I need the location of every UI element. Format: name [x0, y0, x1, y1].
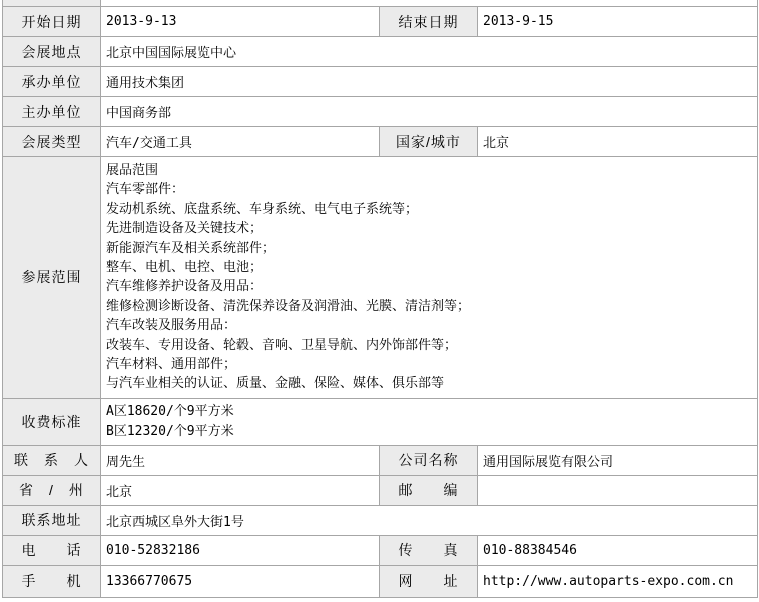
- province-value: 北京: [101, 475, 380, 505]
- scope-line: 改装车、专用设备、轮毂、音响、卫星导航、内外饰部件等；: [106, 336, 753, 355]
- organizer-label: 承办单位: [3, 67, 101, 97]
- exhibition-detail-page: 开始日期 2013-9-13 结束日期 2013-9-15 会展地点 北京中国国…: [0, 0, 759, 602]
- fax-value: 010-88384546: [478, 535, 758, 565]
- table-row-fees: 收费标准 A区18620/个9平方米 B区12320/个9平方米: [3, 398, 758, 445]
- phone-value: 010-52832186: [101, 535, 380, 565]
- end-date-value: 2013-9-15: [478, 7, 758, 37]
- fees-value: A区18620/个9平方米 B区12320/个9平方米: [101, 398, 758, 445]
- table-row-phone: 电 话 010-52832186 传 真 010-88384546: [3, 535, 758, 565]
- company-name-label: 公司名称: [380, 445, 478, 475]
- zip-code-label: 邮 编: [380, 475, 478, 505]
- scope-line: 汽车材料、通用部件；: [106, 355, 753, 374]
- address-label: 联系地址: [3, 505, 101, 535]
- zip-code-value: [478, 475, 758, 505]
- fees-label: 收费标准: [3, 398, 101, 445]
- table-row-host: 主办单位 中国商务部: [3, 97, 758, 127]
- venue-value: 北京中国国际展览中心: [101, 37, 758, 67]
- table-row-address: 联系地址 北京西城区阜外大街1号: [3, 505, 758, 535]
- table-row-dates: 开始日期 2013-9-13 结束日期 2013-9-15: [3, 7, 758, 37]
- country-city-value: 北京: [478, 127, 758, 157]
- table-row-type: 会展类型 汽车/交通工具 国家/城市 北京: [3, 127, 758, 157]
- contact-person-label: 联 系 人: [3, 445, 101, 475]
- exhibition-info-table: 开始日期 2013-9-13 结束日期 2013-9-15 会展地点 北京中国国…: [2, 0, 758, 598]
- website-url: http://www.autoparts-expo.com.cn: [478, 565, 758, 597]
- scope-line: 先进制造设备及关键技术；: [106, 219, 753, 238]
- mobile-value: 13366770675: [101, 565, 380, 597]
- start-date-label: 开始日期: [3, 7, 101, 37]
- contact-person-value: 周先生: [101, 445, 380, 475]
- organizer-value: 通用技术集团: [101, 67, 758, 97]
- venue-label: 会展地点: [3, 37, 101, 67]
- province-label: 省 / 州: [3, 475, 101, 505]
- host-value: 中国商务部: [101, 97, 758, 127]
- address-value: 北京西城区阜外大街1号: [101, 505, 758, 535]
- end-date-label: 结束日期: [380, 7, 478, 37]
- scope-line: 发动机系统、底盘系统、车身系统、电气电子系统等；: [106, 200, 753, 219]
- fee-line: B区12320/个9平方米: [106, 422, 753, 442]
- start-date-value: 2013-9-13: [101, 7, 380, 37]
- phone-label: 电 话: [3, 535, 101, 565]
- scope-value: 展品范围 汽车零部件： 发动机系统、底盘系统、车身系统、电气电子系统等； 先进制…: [101, 157, 758, 399]
- table-row-venue: 会展地点 北京中国国际展览中心: [3, 37, 758, 67]
- scope-line: 新能源汽车及相关系统部件；: [106, 239, 753, 258]
- scope-line: 展品范围: [106, 161, 753, 180]
- expo-type-value: 汽车/交通工具: [101, 127, 380, 157]
- expo-type-label: 会展类型: [3, 127, 101, 157]
- country-city-label: 国家/城市: [380, 127, 478, 157]
- fax-label: 传 真: [380, 535, 478, 565]
- company-name-value: 通用国际展览有限公司: [478, 445, 758, 475]
- table-row-organizer: 承办单位 通用技术集团: [3, 67, 758, 97]
- table-row-scope: 参展范围 展品范围 汽车零部件： 发动机系统、底盘系统、车身系统、电气电子系统等…: [3, 157, 758, 399]
- scope-line: 维修检测诊断设备、清洗保养设备及润滑油、光膜、清洁剂等；: [106, 297, 753, 316]
- scope-line: 汽车维修养护设备及用品：: [106, 277, 753, 296]
- mobile-label: 手 机: [3, 565, 101, 597]
- table-row-province: 省 / 州 北京 邮 编: [3, 475, 758, 505]
- fee-line: A区18620/个9平方米: [106, 402, 753, 422]
- host-label: 主办单位: [3, 97, 101, 127]
- scope-line: 整车、电机、电控、电池；: [106, 258, 753, 277]
- table-row-mobile: 手 机 13366770675 网 址 http://www.autoparts…: [3, 565, 758, 597]
- scope-line: 汽车改装及服务用品：: [106, 316, 753, 335]
- scope-line: 汽车零部件：: [106, 180, 753, 199]
- website-label: 网 址: [380, 565, 478, 597]
- table-row-contact: 联 系 人 周先生 公司名称 通用国际展览有限公司: [3, 445, 758, 475]
- scope-line: 与汽车业相关的认证、质量、金融、保险、媒体、俱乐部等: [106, 374, 753, 393]
- scope-label: 参展范围: [3, 157, 101, 399]
